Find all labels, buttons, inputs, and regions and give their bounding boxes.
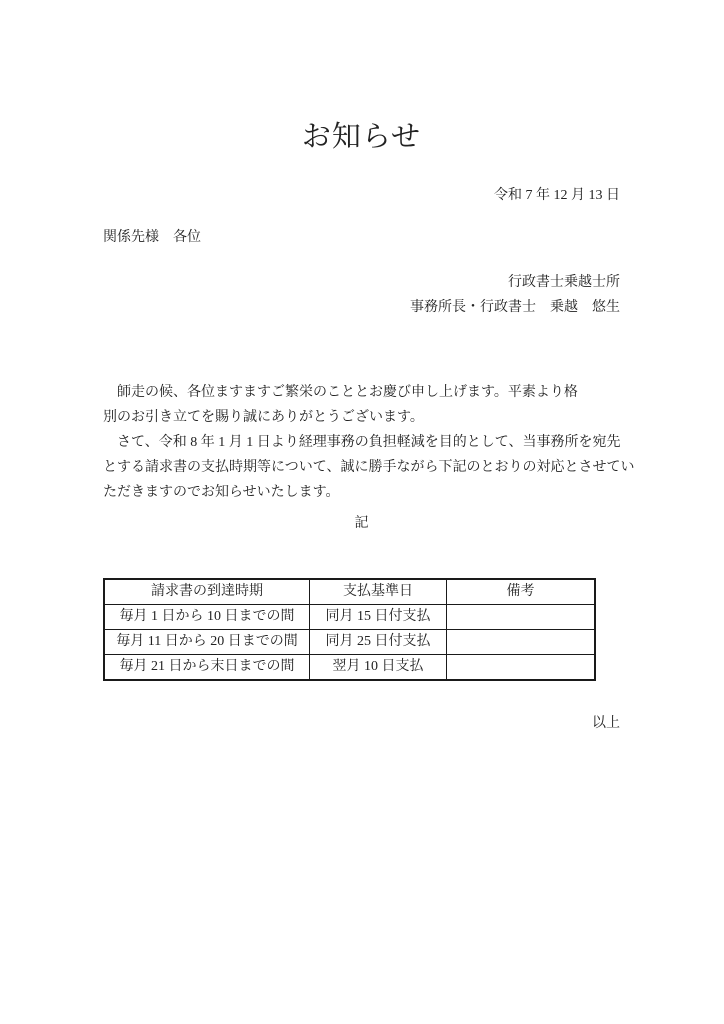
cell-paydate: 翌月 10 日支払 xyxy=(310,655,447,681)
notice-document-page: お知らせ 令和 7 年 12 月 13 日 関係先様 各位 行政書士乗越士所 事… xyxy=(0,0,724,1024)
cell-paydate: 同月 15 日付支払 xyxy=(310,605,447,630)
table-row: 毎月 1 日から 10 日までの間 同月 15 日付支払 xyxy=(104,605,595,630)
cell-period: 毎月 11 日から 20 日までの間 xyxy=(104,630,310,655)
cell-period: 毎月 21 日から末日までの間 xyxy=(104,655,310,681)
table-row: 毎月 11 日から 20 日までの間 同月 25 日付支払 xyxy=(104,630,595,655)
cell-paydate: 同月 25 日付支払 xyxy=(310,630,447,655)
document-date: 令和 7 年 12 月 13 日 xyxy=(103,183,620,208)
paragraph2-line3: ただきますのでお知らせいたします。 xyxy=(103,480,620,505)
paragraph1-line2: 別のお引き立てを賜り誠にありがとうございます。 xyxy=(103,405,620,430)
payment-schedule-table: 請求書の到達時期 支払基準日 備考 毎月 1 日から 10 日までの間 同月 1… xyxy=(103,578,596,681)
sender-organization: 行政書士乗越士所 xyxy=(103,270,620,295)
header-payment-base-date: 支払基準日 xyxy=(310,579,447,605)
paragraph2-line1: さて、令和 8 年 1 月 1 日より経理事務の負担軽減を目的として、当事務所を… xyxy=(103,430,620,455)
body-paragraphs: 師走の候、各位ますますご繁栄のこととお慶び申し上げます。平素より格 別のお引き立… xyxy=(103,380,620,505)
cell-period: 毎月 1 日から 10 日までの間 xyxy=(104,605,310,630)
paragraph2-line2: とする請求書の支払時期等について、誠に勝手ながら下記のとおりの対応とさせてい xyxy=(103,455,620,480)
document-title: お知らせ xyxy=(103,120,620,154)
table-header-row: 請求書の到達時期 支払基準日 備考 xyxy=(104,579,595,605)
paragraph1-line1: 師走の候、各位ますますご繁栄のこととお慶び申し上げます。平素より格 xyxy=(103,380,620,405)
header-invoice-arrival-period: 請求書の到達時期 xyxy=(104,579,310,605)
record-marker: 記 xyxy=(103,511,620,536)
cell-remarks xyxy=(447,605,596,630)
cell-remarks xyxy=(447,630,596,655)
closing-word: 以上 xyxy=(103,711,620,736)
table-row: 毎月 21 日から末日までの間 翌月 10 日支払 xyxy=(104,655,595,681)
addressee-line: 関係先様 各位 xyxy=(103,225,620,250)
sender-block: 行政書士乗越士所 事務所長・行政書士 乗越 悠生 xyxy=(103,270,620,320)
cell-remarks xyxy=(447,655,596,681)
sender-representative: 事務所長・行政書士 乗越 悠生 xyxy=(103,295,620,320)
header-remarks: 備考 xyxy=(447,579,596,605)
